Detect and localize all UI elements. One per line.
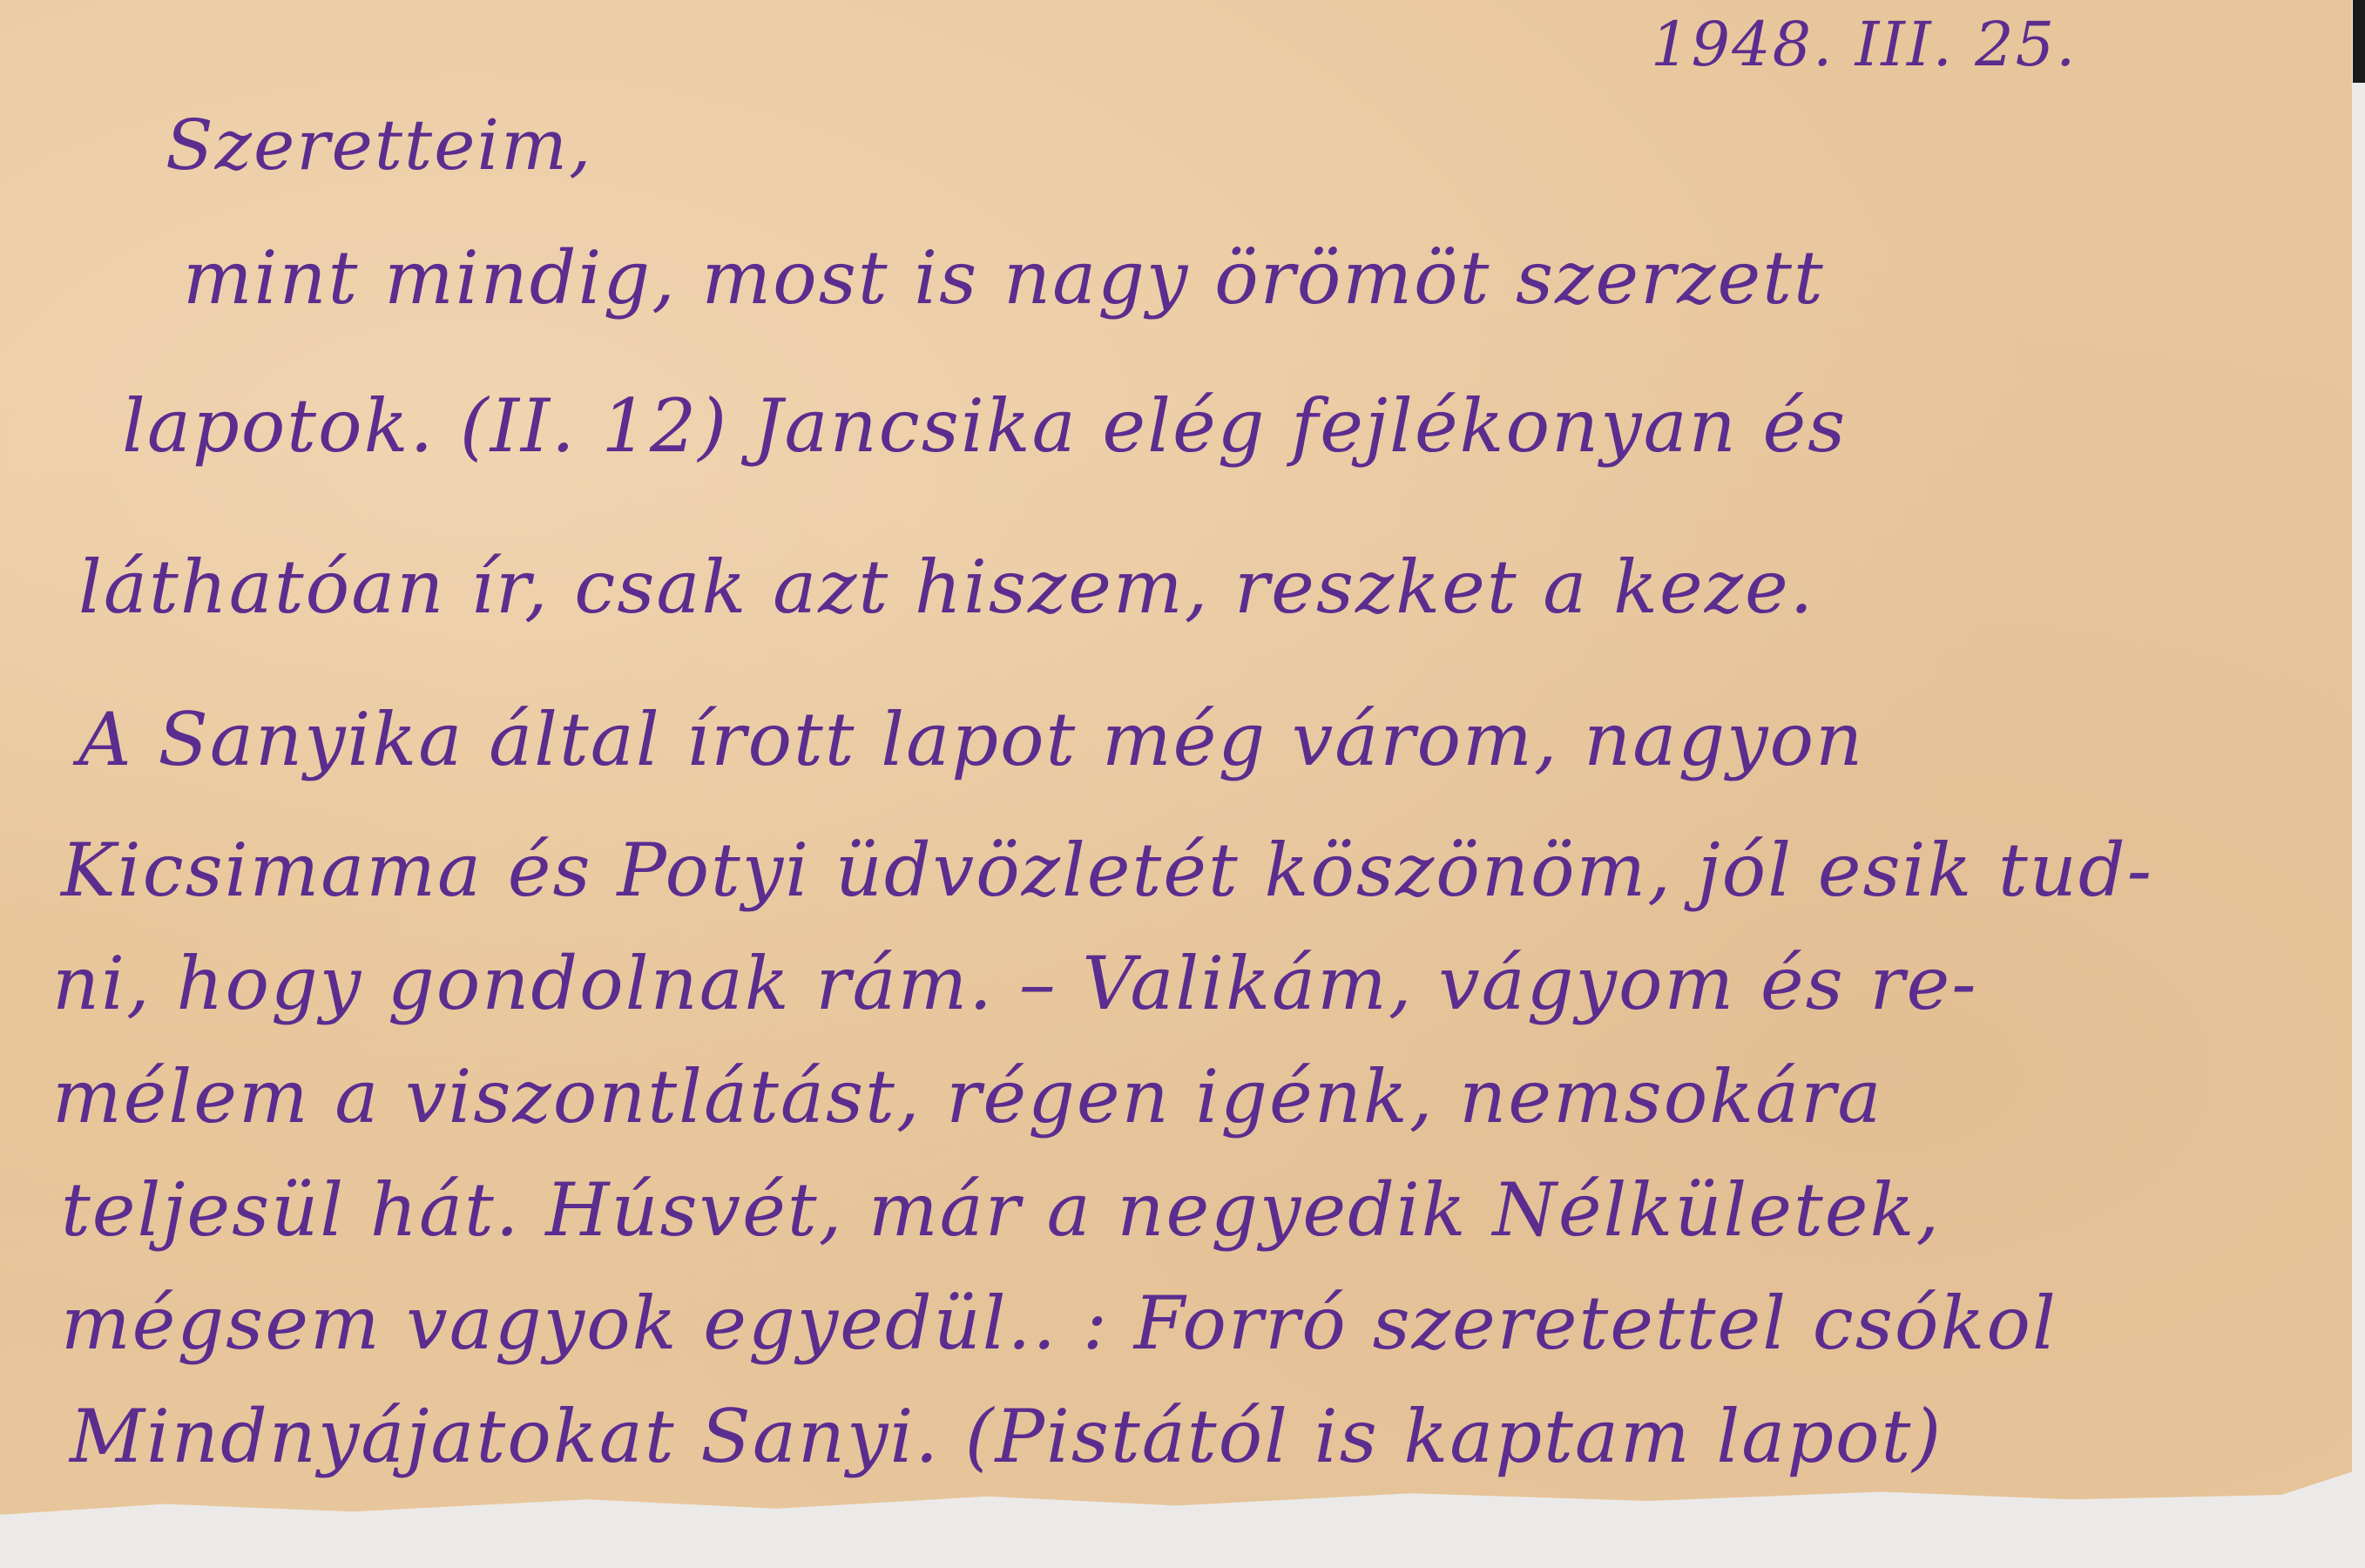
letter-line-6: ni, hogy gondolnak rám. – Valikám, vágyo… — [52, 941, 1978, 1026]
letter-line-7: mélem a viszontlátást, régen igénk, nems… — [52, 1054, 1883, 1139]
letter-line-3: láthatóan ír, csak azt hiszem, reszket a… — [78, 544, 1814, 630]
letter-line-4: A Sanyika által írott lapot még várom, n… — [78, 697, 1864, 782]
salutation: Szeretteim, — [166, 105, 592, 186]
letter-line-8: teljesül hát. Húsvét, már a negyedik Nél… — [61, 1167, 1941, 1253]
letter-line-2: lapotok. (II. 12) Jancsika elég fejlékon… — [122, 383, 1847, 469]
letter-date: 1948. III. 25. — [1651, 9, 2077, 80]
letter-line-5: Kicsimama és Potyi üdvözletét köszönöm, … — [61, 828, 2153, 913]
letter-line-9: mégsem vagyok egyedül.. : Forró szeretet… — [61, 1281, 2058, 1366]
letter-line-1: mint mindig, most is nagy örömöt szerzet… — [183, 235, 1825, 321]
scan-edge-strip — [2353, 0, 2365, 83]
letter-line-10-signature: Mindnyájatokat Sanyi. (Pistától is kapta… — [70, 1394, 1943, 1479]
